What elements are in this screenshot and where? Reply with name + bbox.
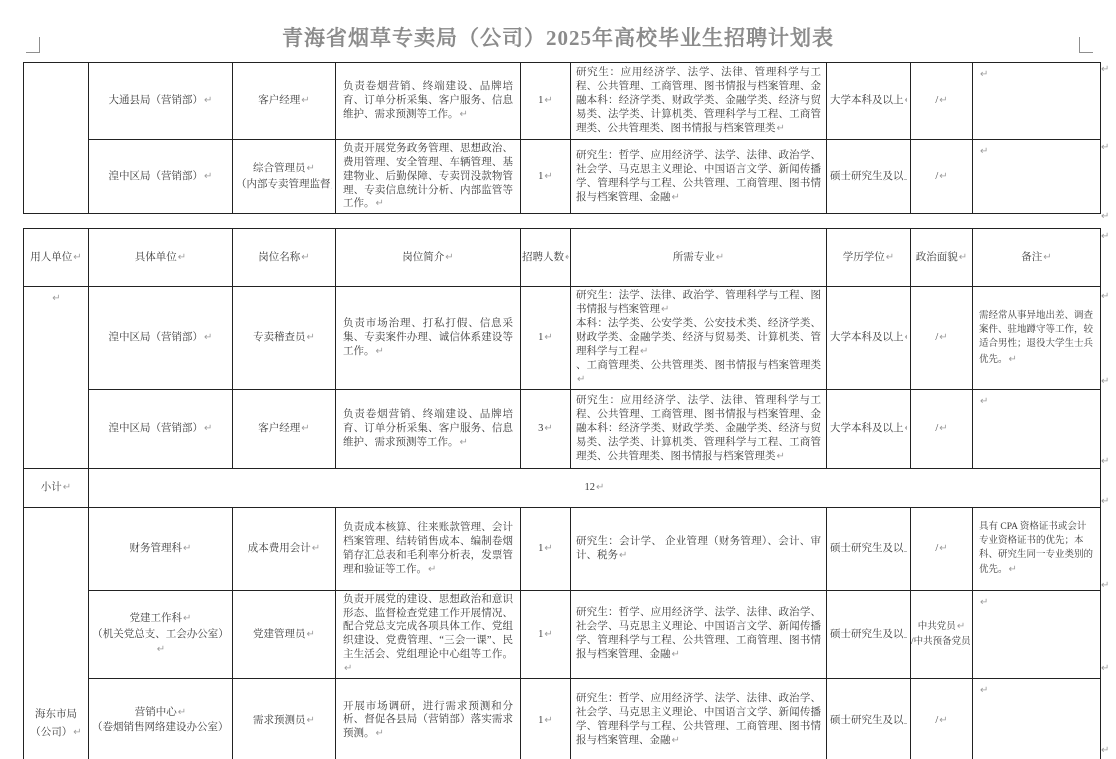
- subtotal-row: 小计↵ 12↵: [24, 468, 1101, 507]
- header-text: 备注: [1021, 252, 1042, 263]
- majors-cell: 研究生：会计学、 企业管理（财务管理）、会计、审计、税务↵: [571, 507, 827, 590]
- table-row: 营销中心↵（卷烟销售网络建设办公室）↵ 需求预测员↵ 开展市场调研，进行需求预测…: [24, 678, 1101, 759]
- pilcrow-mark: ↵: [73, 252, 81, 263]
- unit-cell: 财务管理科↵: [89, 507, 233, 590]
- count-cell: 1↵: [521, 63, 571, 140]
- political-text: /中共预备党员: [911, 637, 971, 647]
- unit-cell: 大通县局（营销部）↵: [89, 63, 233, 140]
- table-row: 党建工作科↵（机关党总支、工会办公室）↵ 党建管理员↵ 负责开展党的建设、思想政…: [24, 590, 1101, 678]
- subtotal-value-cell: 12↵: [89, 468, 1101, 507]
- pilcrow-mark: ↵: [544, 332, 552, 343]
- pilcrow-mark: ↵: [178, 252, 186, 263]
- table-row: 海东市局（公司）↵ 财务管理科↵ 成本费用会计↵ 负责成本核算、往来账款管理、会…: [24, 507, 1101, 590]
- pilcrow-mark: ↵: [544, 715, 552, 726]
- remark-cell: ↵: [973, 590, 1101, 678]
- political-text: 中共党员: [918, 622, 956, 632]
- count-text: 1: [538, 543, 543, 554]
- political-cell: /↵: [911, 507, 973, 590]
- pilcrow-mark: ↵: [1009, 564, 1017, 575]
- unit-text: 湟中区局（营销部）: [109, 171, 204, 182]
- political-cell: /↵: [911, 678, 973, 759]
- pilcrow-mark: ↵: [672, 649, 680, 660]
- employer-cell-blank: ↵: [24, 287, 89, 469]
- pilcrow-mark: ↵: [619, 550, 627, 561]
- subtotal-value: 12: [585, 482, 596, 493]
- row-end-mark: ↵: [1101, 211, 1109, 222]
- unit-text: 党建工作科: [130, 613, 183, 624]
- degree-cell: 硕士研究生及以上↵: [827, 507, 911, 590]
- header-brief: 岗位简介↵: [336, 229, 521, 287]
- recruitment-table-main: 用人单位↵ 具体单位↵ 岗位名称↵ 岗位简介↵ 招聘人数↵ 所需专业↵ 学历学位…: [23, 228, 1101, 759]
- pilcrow-mark: ↵: [565, 252, 569, 263]
- header-political: 政治面貌↵: [911, 229, 973, 287]
- pilcrow-mark: ↵: [204, 171, 212, 182]
- pilcrow-mark: ↵: [204, 423, 212, 434]
- degree-cell: 大学本科及以上↵: [827, 287, 911, 390]
- pilcrow-mark: ↵: [312, 543, 320, 554]
- row-end-mark: ↵: [1101, 745, 1109, 756]
- row-end-mark: ↵: [1101, 231, 1109, 242]
- brief-text: 负责开展党务政务管理、思想政治、费用管理、安全管理、车辆管理、基建物业、后勤保障…: [343, 143, 513, 209]
- pilcrow-mark: ↵: [183, 613, 191, 624]
- header-count: 招聘人数↵: [521, 229, 571, 287]
- pilcrow-mark: ↵: [376, 346, 384, 357]
- pilcrow-mark: ↵: [1009, 354, 1017, 365]
- pilcrow-mark: ↵: [157, 644, 165, 655]
- majors-text: 本科：法学类、公安学类、公安技术类、经济学类、财政学类、金融学类、经济与贸易类、…: [576, 318, 821, 357]
- degree-cell: 大学本科及以上↵: [827, 63, 911, 140]
- remark-cell: ↵: [973, 678, 1101, 759]
- header-unit: 具体单位↵: [89, 229, 233, 287]
- majors-text: 研究生：哲学、应用经济学、法学、法律、政治学、社会学、马克思主义理论、中国语言文…: [576, 150, 821, 203]
- header-text: 所需专业: [673, 252, 715, 263]
- unit-text: 营销中心: [135, 707, 177, 718]
- brief-text: 负责市场治理、打私打假、信息采集、专卖案件办理、诚信体系建设等工作。: [343, 318, 513, 357]
- row-end-mark: ↵: [1101, 663, 1109, 674]
- pilcrow-mark: ↵: [63, 482, 71, 493]
- political-cell: /↵: [911, 287, 973, 390]
- pilcrow-mark: ↵: [544, 629, 552, 640]
- table-row: 大通县局（营销部）↵ 客户经理↵ 负责卷烟营销、终端建设、品牌培育、订单分析采集…: [24, 63, 1101, 140]
- pilcrow-mark: ↵: [980, 597, 988, 608]
- row-end-mark: ↵: [1101, 456, 1109, 467]
- pilcrow-mark: ↵: [905, 95, 908, 106]
- degree-text: 硕士研究生及以上: [830, 171, 907, 182]
- count-text: 1: [538, 171, 543, 182]
- political-text: /: [935, 423, 938, 434]
- pilcrow-mark: ↵: [939, 332, 947, 343]
- document-page: 青海省烟草专卖局（公司）2025年高校毕业生招聘计划表 大通县局（营销部）↵ 客…: [0, 0, 1116, 759]
- pilcrow-mark: ↵: [905, 423, 908, 434]
- unit-cell: 湟中区局（营销部）↵: [89, 389, 233, 468]
- degree-cell: 大学本科及以上↵: [827, 389, 911, 468]
- degree-text: 硕士研究生及以上: [830, 715, 907, 726]
- political-text: /: [935, 95, 938, 106]
- pilcrow-mark: ↵: [178, 707, 186, 718]
- pilcrow-mark: ↵: [307, 332, 315, 343]
- brief-text: 负责卷烟营销、终端建设、品牌培育、订单分析采集、客户服务、信息维护、需求预测等工…: [343, 81, 513, 120]
- count-cell: 1↵: [521, 678, 571, 759]
- majors-text: 研究生：哲学、应用经济学、法学、法律、政治学、社会学、马克思主义理论、中国语言文…: [576, 693, 821, 746]
- header-text: 岗位简介: [402, 252, 444, 263]
- count-cell: 3↵: [521, 389, 571, 468]
- pilcrow-mark: ↵: [980, 69, 988, 80]
- remark-text: 需经常从事异地出差、调查案件、驻地蹲守等工作，较适合男性；退役大学生士兵优先。: [979, 311, 1093, 365]
- pilcrow-mark: ↵: [939, 543, 947, 554]
- pilcrow-mark: ↵: [980, 685, 988, 696]
- post-text: 党建管理员: [253, 629, 306, 640]
- pilcrow-mark: ↵: [957, 621, 965, 632]
- degree-text: 硕士研究生及以上: [830, 629, 907, 640]
- majors-cell: 研究生：应用经济学、法学、法律、管理科学与工程、公共管理、工商管理、图书情报与档…: [571, 389, 827, 468]
- pilcrow-mark: ↵: [307, 629, 315, 640]
- table-row: ↵ 湟中区局（营销部）↵ 专卖稽查员↵ 负责市场治理、打私打假、信息采集、专卖案…: [24, 287, 1101, 390]
- degree-text: 大学本科及以上: [830, 95, 904, 106]
- row-end-mark: ↵: [1101, 142, 1109, 153]
- unit-text: 湟中区局（营销部）: [109, 332, 204, 343]
- majors-cell: 研究生：法学、法律、政治学、管理科学与工程、图书情报与档案管理↵ 本科：法学类、…: [571, 287, 827, 390]
- header-text: 政治面貌: [916, 252, 958, 263]
- remark-cell: 具有 CPA 资格证书或会计专业资格证书的优先；本科、研究生同一专业类别的优先。…: [973, 507, 1101, 590]
- header-remark: 备注↵: [973, 229, 1101, 287]
- post-text: 客户经理: [258, 423, 300, 434]
- political-text: /: [935, 332, 938, 343]
- degree-text: 大学本科及以上: [830, 332, 904, 343]
- header-majors: 所需专业↵: [571, 229, 827, 287]
- pilcrow-mark: ↵: [1043, 252, 1051, 263]
- brief-text: 负责卷烟营销、终端建设、品牌培育、订单分析采集、客户服务、信息维护、需求预测等工…: [343, 409, 513, 448]
- political-text: /: [935, 171, 938, 182]
- brief-cell: 负责开展党务政务管理、思想政治、费用管理、安全管理、车辆管理、基建物业、后勤保障…: [336, 140, 521, 214]
- row-end-mark: ↵: [1101, 291, 1109, 302]
- pilcrow-mark: ↵: [544, 423, 552, 434]
- majors-cell: 研究生：哲学、应用经济学、法学、法律、政治学、社会学、马克思主义理论、中国语言文…: [571, 678, 827, 759]
- pilcrow-mark: ↵: [204, 332, 212, 343]
- count-text: 1: [538, 95, 543, 106]
- post-text: 综合管理员: [253, 163, 306, 174]
- header-text: 学历学位: [843, 252, 885, 263]
- remark-cell: 需经常从事异地出差、调查案件、驻地蹲守等工作，较适合男性；退役大学生士兵优先。↵: [973, 287, 1101, 390]
- unit-text: 大通县局（营销部）: [109, 95, 204, 106]
- pilcrow-mark: ↵: [428, 564, 436, 575]
- pilcrow-mark: ↵: [460, 109, 468, 120]
- row-end-mark: ↵: [1101, 64, 1109, 75]
- post-cell: 客户经理↵: [233, 63, 336, 140]
- header-post: 岗位名称↵: [233, 229, 336, 287]
- header-row: 用人单位↵ 具体单位↵ 岗位名称↵ 岗位简介↵ 招聘人数↵ 所需专业↵ 学历学位…: [24, 229, 1101, 287]
- unit-text: 财务管理科: [130, 543, 183, 554]
- unit-cell: 党建工作科↵（机关党总支、工会办公室）↵: [89, 590, 233, 678]
- brief-cell: 开展市场调研，进行需求预测和分析、督促各县局（营销部）落实需求预测。↵: [336, 678, 521, 759]
- pilcrow-mark: ↵: [544, 171, 552, 182]
- pilcrow-mark: ↵: [640, 346, 648, 357]
- pilcrow-mark: ↵: [939, 171, 947, 182]
- count-cell: 1↵: [521, 287, 571, 390]
- post-cell: 需求预测员↵: [233, 678, 336, 759]
- majors-text: 研究生：哲学、应用经济学、法学、法律、政治学、社会学、马克思主义理论、中国语言文…: [576, 607, 821, 660]
- employer-cell-haidong: 海东市局（公司）↵: [24, 507, 89, 759]
- brief-cell: 负责市场治理、打私打假、信息采集、专卖案件办理、诚信体系建设等工作。↵: [336, 287, 521, 390]
- pilcrow-mark: ↵: [777, 123, 785, 134]
- majors-text: 研究生：会计学、 企业管理（财务管理）、会计、审计、税务: [576, 536, 821, 561]
- post-cell: 客户经理↵: [233, 389, 336, 468]
- pilcrow-mark: ↵: [73, 727, 81, 738]
- pilcrow-mark: ↵: [905, 332, 908, 343]
- brief-cell: 负责开展党的建设、思想政治和意识形态、监督检查党建工作开展情况、配合党总支完成各…: [336, 590, 521, 678]
- pilcrow-mark: ↵: [544, 95, 552, 106]
- majors-text: 研究生：法学、法律、政治学、管理科学与工程、图书情报与档案管理: [576, 290, 821, 315]
- post-text: 成本费用会计: [248, 543, 311, 554]
- table-row: 湟中区局（营销部）↵ 客户经理↵ 负责卷烟营销、终端建设、品牌培育、订单分析采集…: [24, 389, 1101, 468]
- pilcrow-mark: ↵: [445, 252, 453, 263]
- pilcrow-mark: ↵: [301, 252, 309, 263]
- pilcrow-mark: ↵: [204, 95, 212, 106]
- political-cell: 中共党员↵/中共预备党员↵: [911, 590, 973, 678]
- count-text: 1: [538, 629, 543, 640]
- unit-text: 湟中区局（营销部）: [109, 423, 204, 434]
- unit-subtext: （机关党总支、工会办公室）: [92, 629, 229, 640]
- header-degree: 学历学位↵: [827, 229, 911, 287]
- pilcrow-mark: ↵: [716, 252, 724, 263]
- degree-cell: 硕士研究生及以上↵: [827, 140, 911, 214]
- pilcrow-mark: ↵: [777, 451, 785, 462]
- pilcrow-mark: ↵: [577, 374, 585, 385]
- pilcrow-mark: ↵: [980, 396, 988, 407]
- row-end-mark: ↵: [1101, 496, 1109, 507]
- pilcrow-mark: ↵: [301, 95, 309, 106]
- pilcrow-mark: ↵: [672, 735, 680, 746]
- post-cell: 党建管理员↵: [233, 590, 336, 678]
- subtotal-label: 小计: [41, 482, 62, 493]
- subtotal-label-cell: 小计↵: [24, 468, 89, 507]
- header-employer: 用人单位↵: [24, 229, 89, 287]
- header-text: 用人单位: [30, 252, 72, 263]
- employer-cell-blank: [24, 63, 89, 214]
- unit-cell: 营销中心↵（卷烟销售网络建设办公室）↵: [89, 678, 233, 759]
- pilcrow-mark: ↵: [307, 163, 315, 174]
- pilcrow-mark: ↵: [939, 715, 947, 726]
- post-text: 客户经理: [258, 95, 300, 106]
- pilcrow-mark: ↵: [376, 728, 384, 739]
- pilcrow-mark: ↵: [980, 146, 988, 157]
- post-text: 专卖稽查员: [253, 332, 306, 343]
- post-subtext: （内部专卖管理监督员）: [236, 179, 332, 190]
- pilcrow-mark: ↵: [301, 423, 309, 434]
- pilcrow-mark: ↵: [939, 423, 947, 434]
- degree-text: 大学本科及以上: [830, 423, 904, 434]
- political-cell: /↵: [911, 140, 973, 214]
- brief-text: 负责开展党的建设、思想政治和意识形态、监督检查党建工作开展情况、配合党总支完成各…: [343, 594, 513, 660]
- header-text: 招聘人数: [522, 252, 564, 263]
- remark-cell: ↵: [973, 140, 1101, 214]
- remark-text: 具有 CPA 资格证书或会计专业资格证书的优先；本科、研究生同一专业类别的优先。: [979, 522, 1093, 576]
- pilcrow-mark: ↵: [596, 482, 604, 493]
- recruitment-table-continued: 大通县局（营销部）↵ 客户经理↵ 负责卷烟营销、终端建设、品牌培育、订单分析采集…: [23, 62, 1101, 214]
- post-cell: 成本费用会计↵: [233, 507, 336, 590]
- degree-cell: 硕士研究生及以上↵: [827, 678, 911, 759]
- unit-cell: 湟中区局（营销部）↵: [89, 140, 233, 214]
- count-text: 3: [538, 423, 543, 434]
- unit-cell: 湟中区局（营销部）↵: [89, 287, 233, 390]
- employer-text: 海东市局（公司）: [30, 709, 77, 738]
- post-text: 需求预测员: [253, 715, 306, 726]
- brief-cell: 负责卷烟营销、终端建设、品牌培育、订单分析采集、客户服务、信息维护、需求预测等工…: [336, 389, 521, 468]
- degree-text: 硕士研究生及以上: [830, 543, 907, 554]
- pilcrow-mark: ↵: [661, 304, 669, 315]
- row-end-mark: ↵: [1101, 580, 1109, 591]
- brief-text: 开展市场调研，进行需求预测和分析、督促各县局（营销部）落实需求预测。: [343, 701, 513, 740]
- count-text: 1: [538, 715, 543, 726]
- brief-cell: 负责卷烟营销、终端建设、品牌培育、订单分析采集、客户服务、信息维护、需求预测等工…: [336, 63, 521, 140]
- post-cell: 综合管理员↵（内部专卖管理监督员）↵: [233, 140, 336, 214]
- political-cell: /↵: [911, 389, 973, 468]
- pilcrow-mark: ↵: [344, 663, 352, 674]
- political-text: /: [935, 543, 938, 554]
- degree-cell: 硕士研究生及以上↵: [827, 590, 911, 678]
- majors-text: 、工商管理类、公共管理类、图书情报与档案管理类: [576, 360, 821, 371]
- political-cell: /↵: [911, 63, 973, 140]
- count-cell: 1↵: [521, 140, 571, 214]
- post-cell: 专卖稽查员↵: [233, 287, 336, 390]
- majors-cell: 研究生：应用经济学、法学、法律、管理科学与工程、公共管理、工商管理、图书情报与档…: [571, 63, 827, 140]
- pilcrow-mark: ↵: [376, 198, 384, 209]
- majors-cell: 研究生：哲学、应用经济学、法学、法律、政治学、社会学、马克思主义理论、中国语言文…: [571, 140, 827, 214]
- brief-cell: 负责成本核算、往来账款管理、会计档案管理、结转销售成本、编制卷烟销存汇总表和毛利…: [336, 507, 521, 590]
- header-text: 岗位名称: [258, 252, 300, 263]
- remark-cell: ↵: [973, 389, 1101, 468]
- remark-cell: ↵: [973, 63, 1101, 140]
- pilcrow-mark: ↵: [886, 252, 894, 263]
- count-cell: 1↵: [521, 507, 571, 590]
- pilcrow-mark: ↵: [307, 715, 315, 726]
- political-text: /: [935, 715, 938, 726]
- pilcrow-mark: ↵: [544, 543, 552, 554]
- count-text: 1: [538, 332, 543, 343]
- pilcrow-mark: ↵: [183, 543, 191, 554]
- majors-cell: 研究生：哲学、应用经济学、法学、法律、政治学、社会学、马克思主义理论、中国语言文…: [571, 590, 827, 678]
- count-cell: 1↵: [521, 590, 571, 678]
- pilcrow-mark: ↵: [52, 293, 60, 304]
- header-text: 具体单位: [135, 252, 177, 263]
- pilcrow-mark: ↵: [672, 192, 680, 203]
- pilcrow-mark: ↵: [959, 252, 967, 263]
- pilcrow-mark: ↵: [939, 95, 947, 106]
- page-title: 青海省烟草专卖局（公司）2025年高校毕业生招聘计划表: [0, 22, 1116, 52]
- table-row: 湟中区局（营销部）↵ 综合管理员↵（内部专卖管理监督员）↵ 负责开展党务政务管理…: [24, 140, 1101, 214]
- row-end-mark: ↵: [1101, 376, 1109, 387]
- pilcrow-mark: ↵: [460, 437, 468, 448]
- unit-subtext: （卷烟销售网络建设办公室）: [92, 722, 229, 733]
